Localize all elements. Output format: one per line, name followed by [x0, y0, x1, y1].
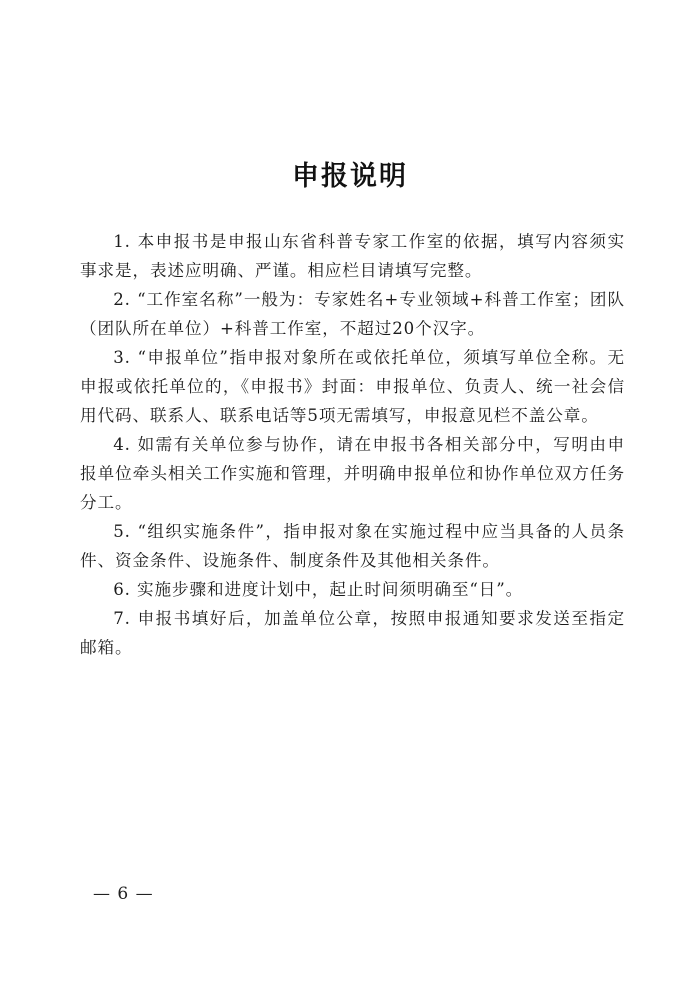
instruction-paragraph-1: 1. 本申报书是申报山东省科普专家工作室的依据，填写内容须实事求是，表述应明确、… [80, 227, 625, 285]
instruction-paragraph-4: 4. 如需有关单位参与协作，请在申报书各相关部分中，写明由申报单位牵头相关工作实… [80, 430, 625, 517]
instructions-body: 1. 本申报书是申报山东省科普专家工作室的依据，填写内容须实事求是，表述应明确、… [80, 227, 625, 662]
document-page: 申报说明 1. 本申报书是申报山东省科普专家工作室的依据，填写内容须实事求是，表… [0, 0, 700, 989]
page-number: — 6 — [93, 884, 154, 904]
instruction-paragraph-5: 5. “组织实施条件”，指申报对象在实施过程中应当具备的人员条件、资金条件、设施… [80, 517, 625, 575]
instruction-paragraph-3: 3. “申报单位”指申报对象所在或依托单位，须填写单位全称。无申报或依托单位的，… [80, 343, 625, 430]
instruction-paragraph-6: 6. 实施步骤和进度计划中，起止时间须明确至“日”。 [80, 575, 625, 604]
instruction-paragraph-7: 7. 申报书填好后，加盖单位公章，按照申报通知要求发送至指定邮箱。 [80, 604, 625, 662]
instruction-paragraph-2: 2. “工作室名称”一般为：专家姓名+专业领域+科普工作室；团队（团队所在单位）… [80, 285, 625, 343]
page-title: 申报说明 [0, 154, 700, 193]
